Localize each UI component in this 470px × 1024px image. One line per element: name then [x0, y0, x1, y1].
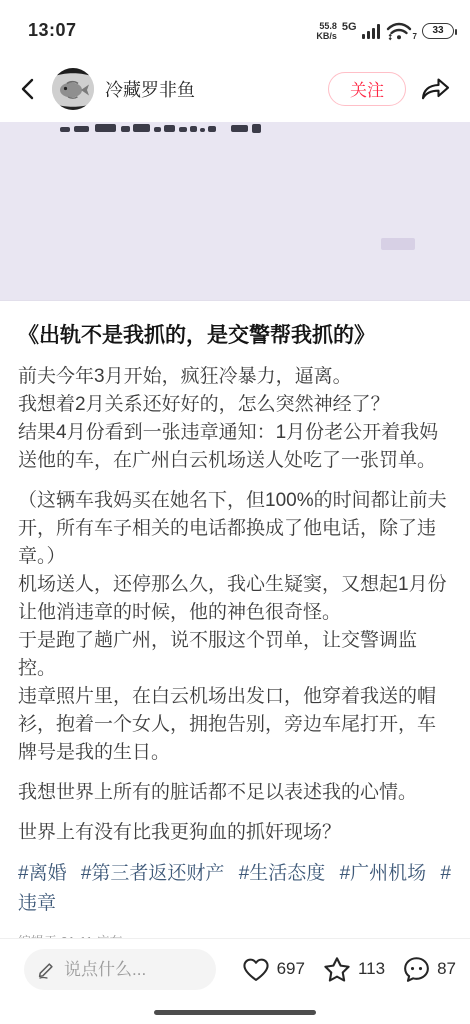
- cropped-text-fragment: [208, 126, 216, 132]
- comment-input-pill[interactable]: [24, 949, 216, 990]
- chevron-left-icon: [18, 76, 38, 102]
- post-paragraph: 我想世界上所有的脏话都不足以表述我的心情。: [18, 779, 452, 807]
- collect-count: 113: [358, 959, 385, 979]
- cropped-text-fragment: [231, 125, 248, 132]
- comment-button[interactable]: 87: [402, 955, 456, 983]
- post-content: 《出轨不是我抓的，是交警帮我抓的》 前夫今年3月开始，疯狂冷暴力，逼离。 我想着…: [0, 301, 470, 950]
- hashtag[interactable]: #第三者返还财产: [81, 863, 225, 884]
- follow-button[interactable]: 关注: [328, 72, 406, 106]
- battery-icon: 33: [422, 23, 454, 39]
- cropped-text-fragment: [95, 124, 116, 132]
- hashtag[interactable]: #离婚: [18, 863, 67, 884]
- app-screen: 13:07 55.8 KB/s 5G: [0, 0, 470, 1024]
- collect-button[interactable]: 113: [322, 955, 385, 984]
- cropped-text-fragment: [179, 127, 187, 132]
- post-paragraph: 前夫今年3月开始，疯狂冷暴力，逼离。: [18, 363, 452, 391]
- network-type-label: 5G: [342, 21, 357, 33]
- like-count: 697: [277, 959, 305, 979]
- post-paragraph: 于是跑了趟广州，说不服这个罚单，让交警调监 控。: [18, 627, 452, 683]
- post-paragraph: 我想着2月关系还好好的，怎么突然神经了？: [18, 391, 452, 419]
- network-speed: 55.8 KB/s: [316, 21, 337, 41]
- share-arrow-icon: [420, 75, 451, 102]
- cropped-text-fragment: [190, 126, 197, 132]
- username[interactable]: 冷藏罗非鱼: [105, 76, 328, 102]
- status-time: 13:07: [28, 20, 77, 41]
- avatar[interactable]: [52, 68, 94, 110]
- post-paragraph: 违章照片里，在白云机场出发口，他穿着我送的帽 衫，抱着一个女人，拥抱告别，旁边车…: [18, 683, 452, 767]
- status-bar: 13:07 55.8 KB/s 5G: [0, 0, 470, 55]
- cropped-text-fragment: [60, 127, 70, 132]
- post-paragraph: 结果4月份看到一张违章通知：1月份老公开着我妈 送他的车，在广州白云机场送人处吃…: [18, 419, 452, 475]
- cropped-text-fragment: [154, 127, 161, 132]
- post-paragraph: 机场送人，还停那么久，我心生疑窦，又想起1月份 让他消违章的时候，他的神色很奇怪…: [18, 571, 452, 627]
- post-header: 冷藏罗非鱼 关注: [0, 55, 470, 122]
- status-indicators: 55.8 KB/s 5G 7: [316, 21, 454, 41]
- fish-avatar-image: [52, 68, 94, 110]
- network-speed-value: 55.8: [316, 21, 337, 31]
- image-caption-chip: [381, 238, 415, 250]
- comment-count: 87: [437, 959, 456, 979]
- star-icon: [322, 955, 352, 984]
- network-speed-unit: KB/s: [316, 31, 337, 41]
- comment-input[interactable]: [64, 960, 189, 980]
- cropped-text-fragment: [121, 126, 130, 132]
- cropped-text-fragment: [200, 128, 205, 132]
- wifi-badge: 7: [413, 32, 417, 41]
- hashtag-list: #离婚 #第三者返还财产 #生活态度 #广州机场 #违章: [18, 859, 452, 919]
- battery-percent: 33: [432, 25, 443, 36]
- post-title: 《出轨不是我抓的，是交警帮我抓的》: [18, 321, 452, 351]
- cropped-text-fragment: [164, 125, 175, 132]
- cropped-text-fragment: [74, 126, 89, 132]
- chat-bubble-icon: [402, 955, 431, 983]
- hashtag[interactable]: #广州机场: [340, 863, 427, 884]
- post-paragraph: （这辆车我妈买在她名下，但100%的时间都让前夫 开，所有车子相关的电话都换成了…: [18, 487, 452, 571]
- back-button[interactable]: [18, 76, 44, 102]
- share-button[interactable]: [420, 75, 452, 103]
- cropped-text-fragment: [133, 124, 150, 132]
- hashtag[interactable]: #生活态度: [239, 863, 326, 884]
- post-image-cropped[interactable]: [0, 122, 470, 301]
- like-button[interactable]: 697: [241, 955, 305, 983]
- heart-icon: [241, 955, 271, 983]
- cropped-text-fragment: [252, 124, 261, 133]
- home-indicator[interactable]: [154, 1010, 316, 1015]
- post-actions: 697 113 87: [224, 939, 456, 999]
- post-paragraph: 世界上有没有比我更狗血的抓奸现场？: [18, 819, 452, 847]
- wifi-icon: 7: [386, 21, 417, 41]
- pencil-icon: [37, 960, 56, 979]
- signal-bars-icon: [362, 23, 381, 39]
- bottom-action-bar: 697 113 87: [0, 938, 470, 1024]
